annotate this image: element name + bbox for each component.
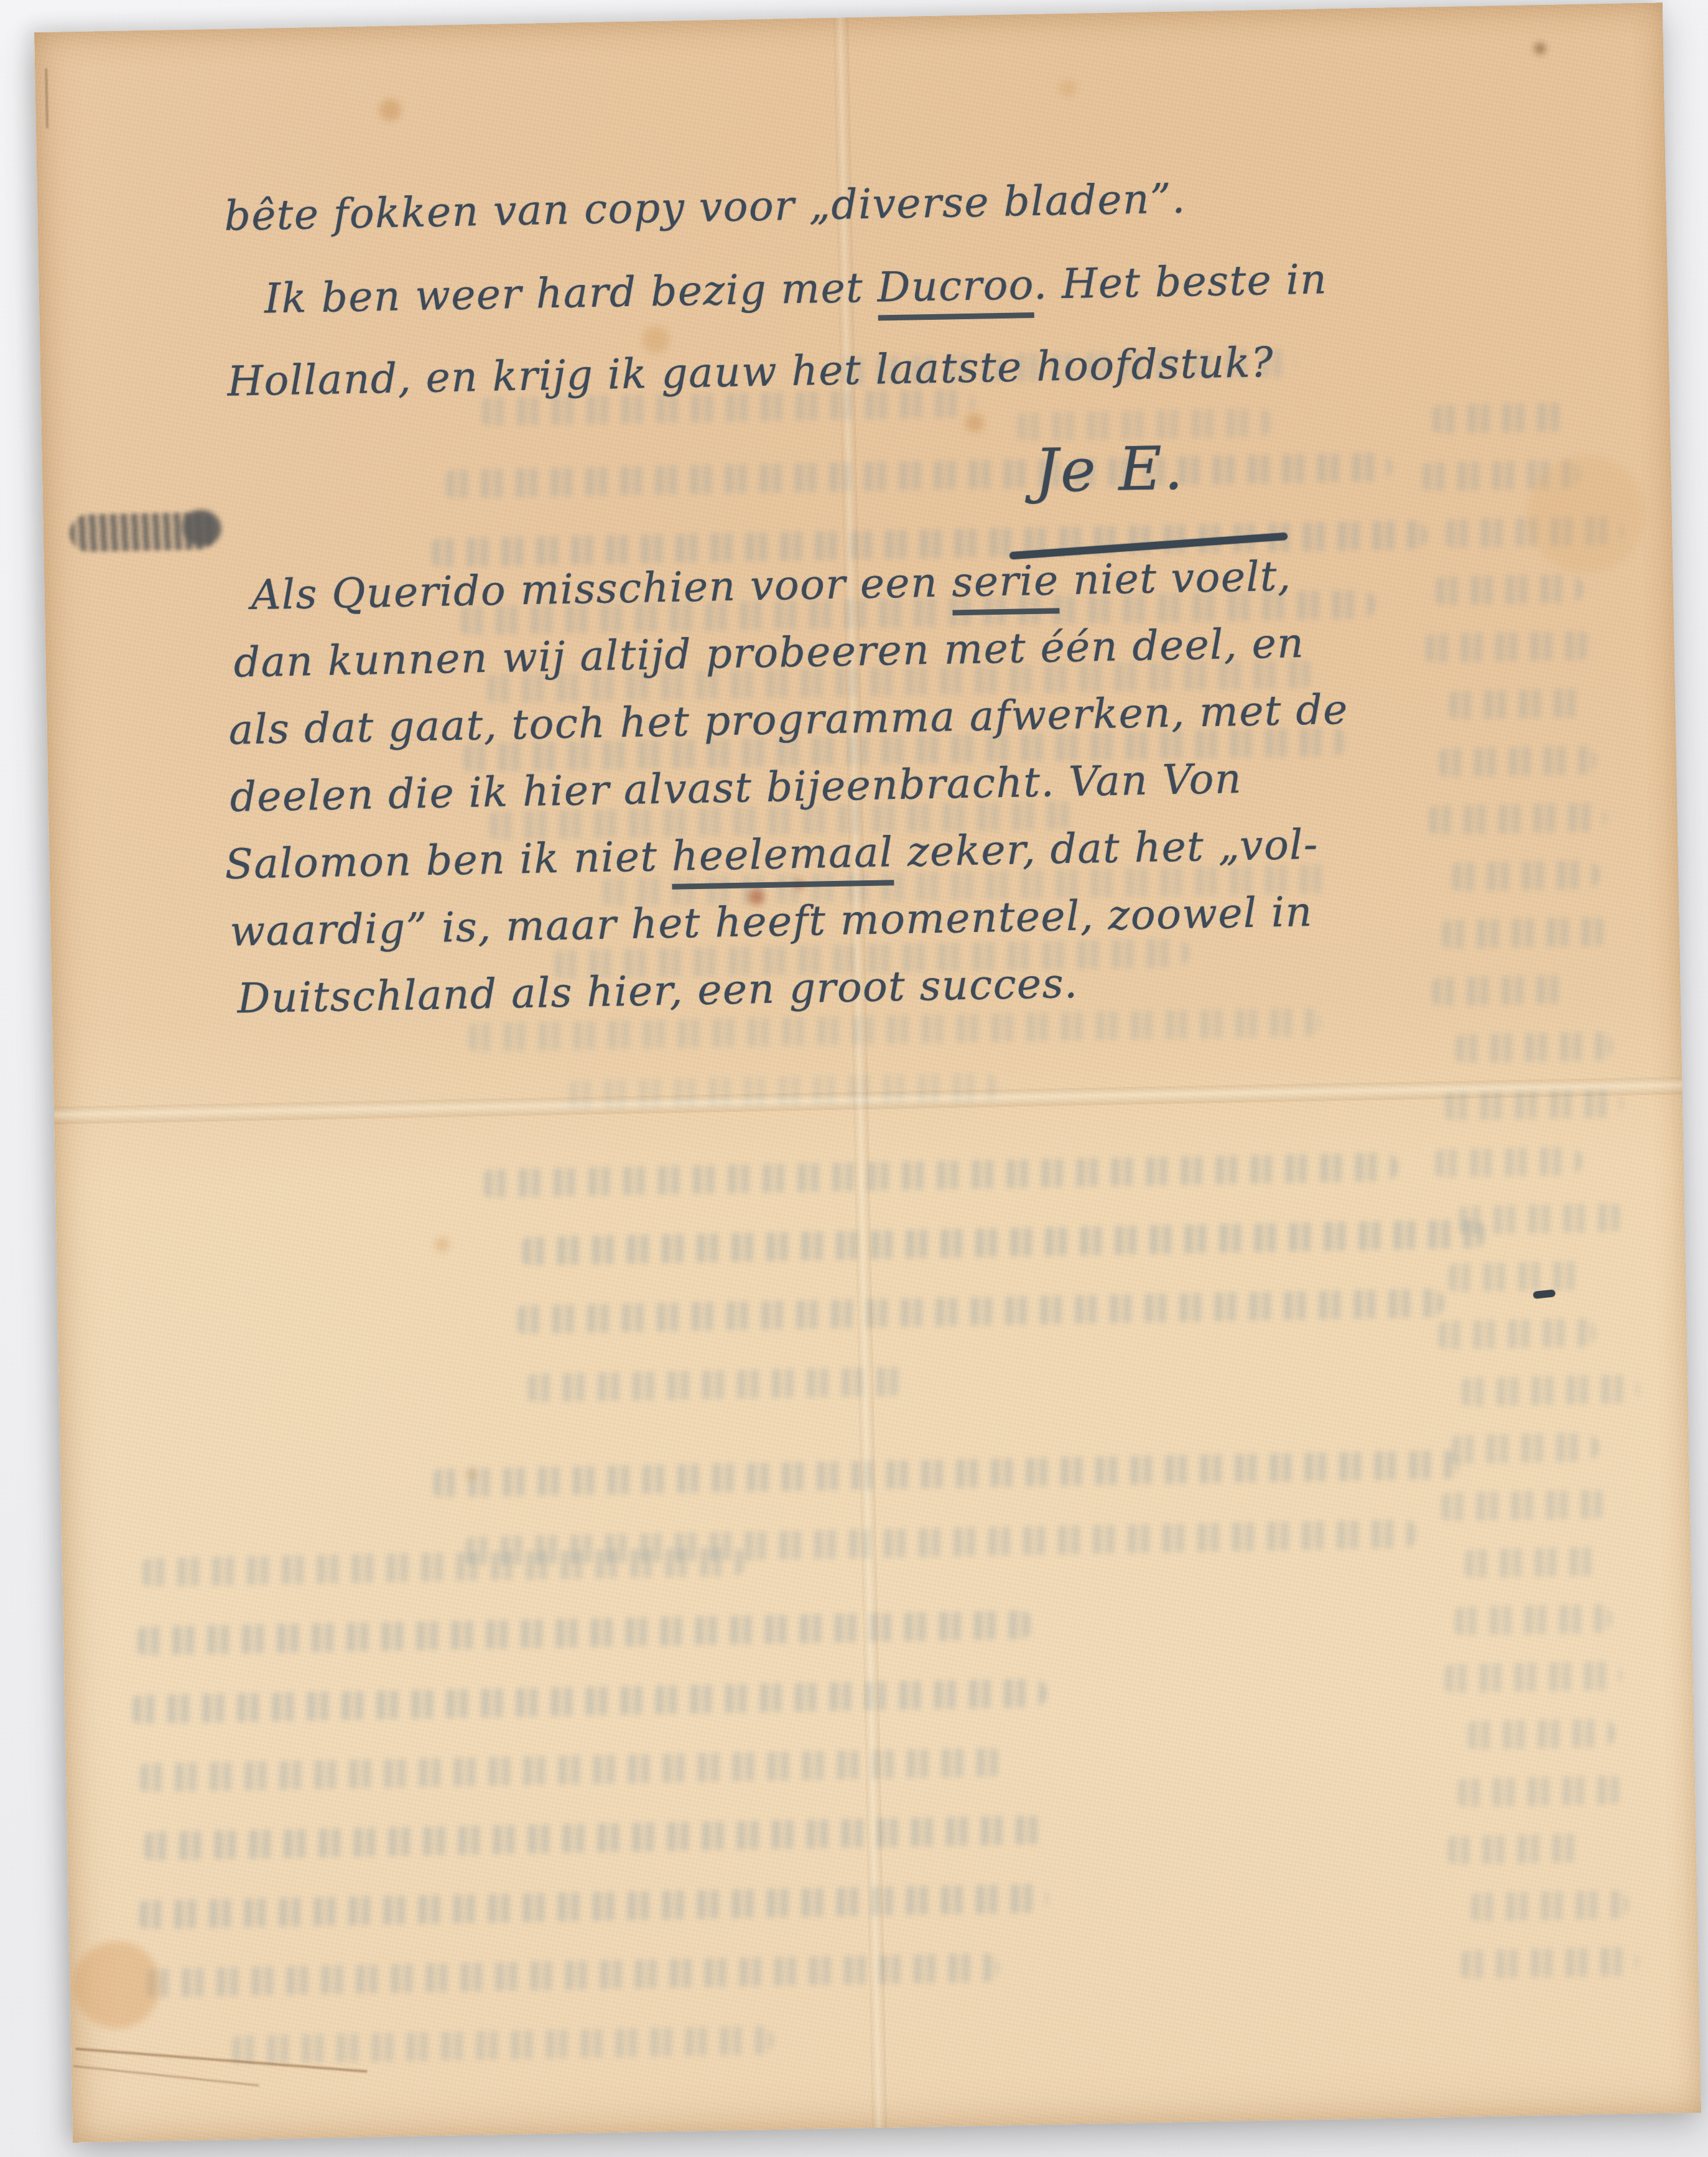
bleedthrough-line	[1456, 1374, 1640, 1406]
bleedthrough-line	[137, 1547, 747, 1587]
bleedthrough-line	[517, 1219, 1488, 1266]
bleedthrough-line	[428, 1450, 1461, 1498]
bleedthrough-line	[1426, 975, 1570, 1006]
letter-line-1-text: bête fokken van copy voor „diverse blade…	[224, 174, 1186, 240]
letter-paper: bête fokken van copy voor „diverse blade…	[34, 2, 1701, 2142]
stain-spot	[379, 98, 402, 121]
letter-line-1: bête fokken van copy voor „diverse blade…	[224, 174, 1186, 240]
stain-spot	[72, 1940, 161, 2029]
paragraph-line-4: deelen die ik hier alvast bijeenbracht. …	[230, 755, 1243, 821]
left-edge-scratch	[45, 68, 49, 128]
bleedthrough-line	[134, 1884, 1049, 1929]
bleedthrough-line	[1437, 917, 1610, 949]
underlined-word-heelemaal: heelemaal	[671, 828, 894, 890]
scanned-letter-page: { "document": { "kind": "handwritten let…	[0, 0, 1708, 2157]
bleedthrough-line	[512, 1288, 1446, 1334]
bleedthrough-line	[1423, 803, 1607, 834]
bleedthrough-line	[127, 1679, 1048, 1724]
underlined-word-ducroo: Ducroo	[877, 261, 1034, 321]
bleedthrough-line	[1439, 1661, 1623, 1693]
stain-spot	[1059, 80, 1077, 98]
bleedthrough-line	[1432, 1318, 1596, 1350]
bleedthrough-line	[1455, 1947, 1639, 1979]
bleedthrough-line	[522, 1367, 909, 1402]
bleedthrough-line	[1431, 574, 1584, 606]
letter-line-2-post: . Het beste in	[1033, 255, 1328, 309]
bleedthrough-line	[1429, 1147, 1583, 1178]
ink-smudge-blob	[182, 510, 221, 546]
letter-line-2-pre: Ik ben weer hard bezig met	[264, 264, 878, 323]
bleedthrough-line	[132, 1610, 1034, 1656]
stain-spot	[1534, 43, 1546, 54]
bleedthrough-line	[1447, 860, 1600, 892]
paragraph-line-5-post: zeker, dat het „vol-	[893, 821, 1319, 877]
bleedthrough-line	[1420, 631, 1594, 663]
bleedthrough-line	[1452, 1776, 1626, 1807]
bleedthrough-line	[1443, 1261, 1587, 1292]
stain-spot	[1526, 454, 1646, 574]
signature: Je E.	[1034, 434, 1185, 506]
bleedthrough-line	[1444, 689, 1587, 720]
paragraph-line-5-pre: Salomon ben ik niet	[225, 832, 672, 888]
bleedthrough-line	[1462, 1718, 1616, 1750]
bleedthrough-line	[1449, 1604, 1613, 1636]
vertical-fold-crease	[833, 17, 887, 2128]
bleedthrough-line	[440, 452, 1393, 498]
letter-line-3: Holland, en krijg ik gauw het laatste ho…	[227, 338, 1274, 406]
bleedthrough-line	[1450, 1032, 1613, 1063]
bleedthrough-line	[1453, 1203, 1627, 1235]
letter-line-3-text: Holland, en krijg ik gauw het laatste ho…	[227, 338, 1274, 406]
stain-spot	[965, 413, 985, 432]
paragraph-line-7-text: Duitschland als hier, een groot succes.	[237, 959, 1079, 1023]
bleedthrough-line	[478, 1152, 1399, 1198]
ink-smudge	[69, 512, 218, 552]
bleedthrough-line	[1459, 1547, 1603, 1578]
bottom-left-corner-crease-2	[73, 2065, 259, 2086]
bleedthrough-line	[1446, 1433, 1600, 1465]
bleedthrough-line	[1465, 1890, 1629, 1922]
paragraph-line-1-post: niet voelt,	[1059, 552, 1292, 604]
bleedthrough-line	[226, 2026, 774, 2064]
bleedthrough-line	[139, 1815, 1047, 1861]
bleedthrough-line	[1427, 403, 1571, 434]
bleedthrough-line	[1434, 745, 1597, 777]
bleedthrough-line	[1442, 1833, 1586, 1865]
paragraph-line-7: Duitschland als hier, een groot succes.	[237, 959, 1079, 1023]
bleedthrough-line	[1436, 1489, 1610, 1521]
paragraph-line-4-text: deelen die ik hier alvast bijeenbracht. …	[230, 755, 1243, 821]
underlined-word-serie: serie	[952, 556, 1060, 615]
right-margin-dash	[1533, 1289, 1556, 1299]
stain-spot	[435, 1237, 450, 1252]
letter-line-2: Ik ben weer hard bezig met Ducroo. Het b…	[264, 255, 1327, 322]
